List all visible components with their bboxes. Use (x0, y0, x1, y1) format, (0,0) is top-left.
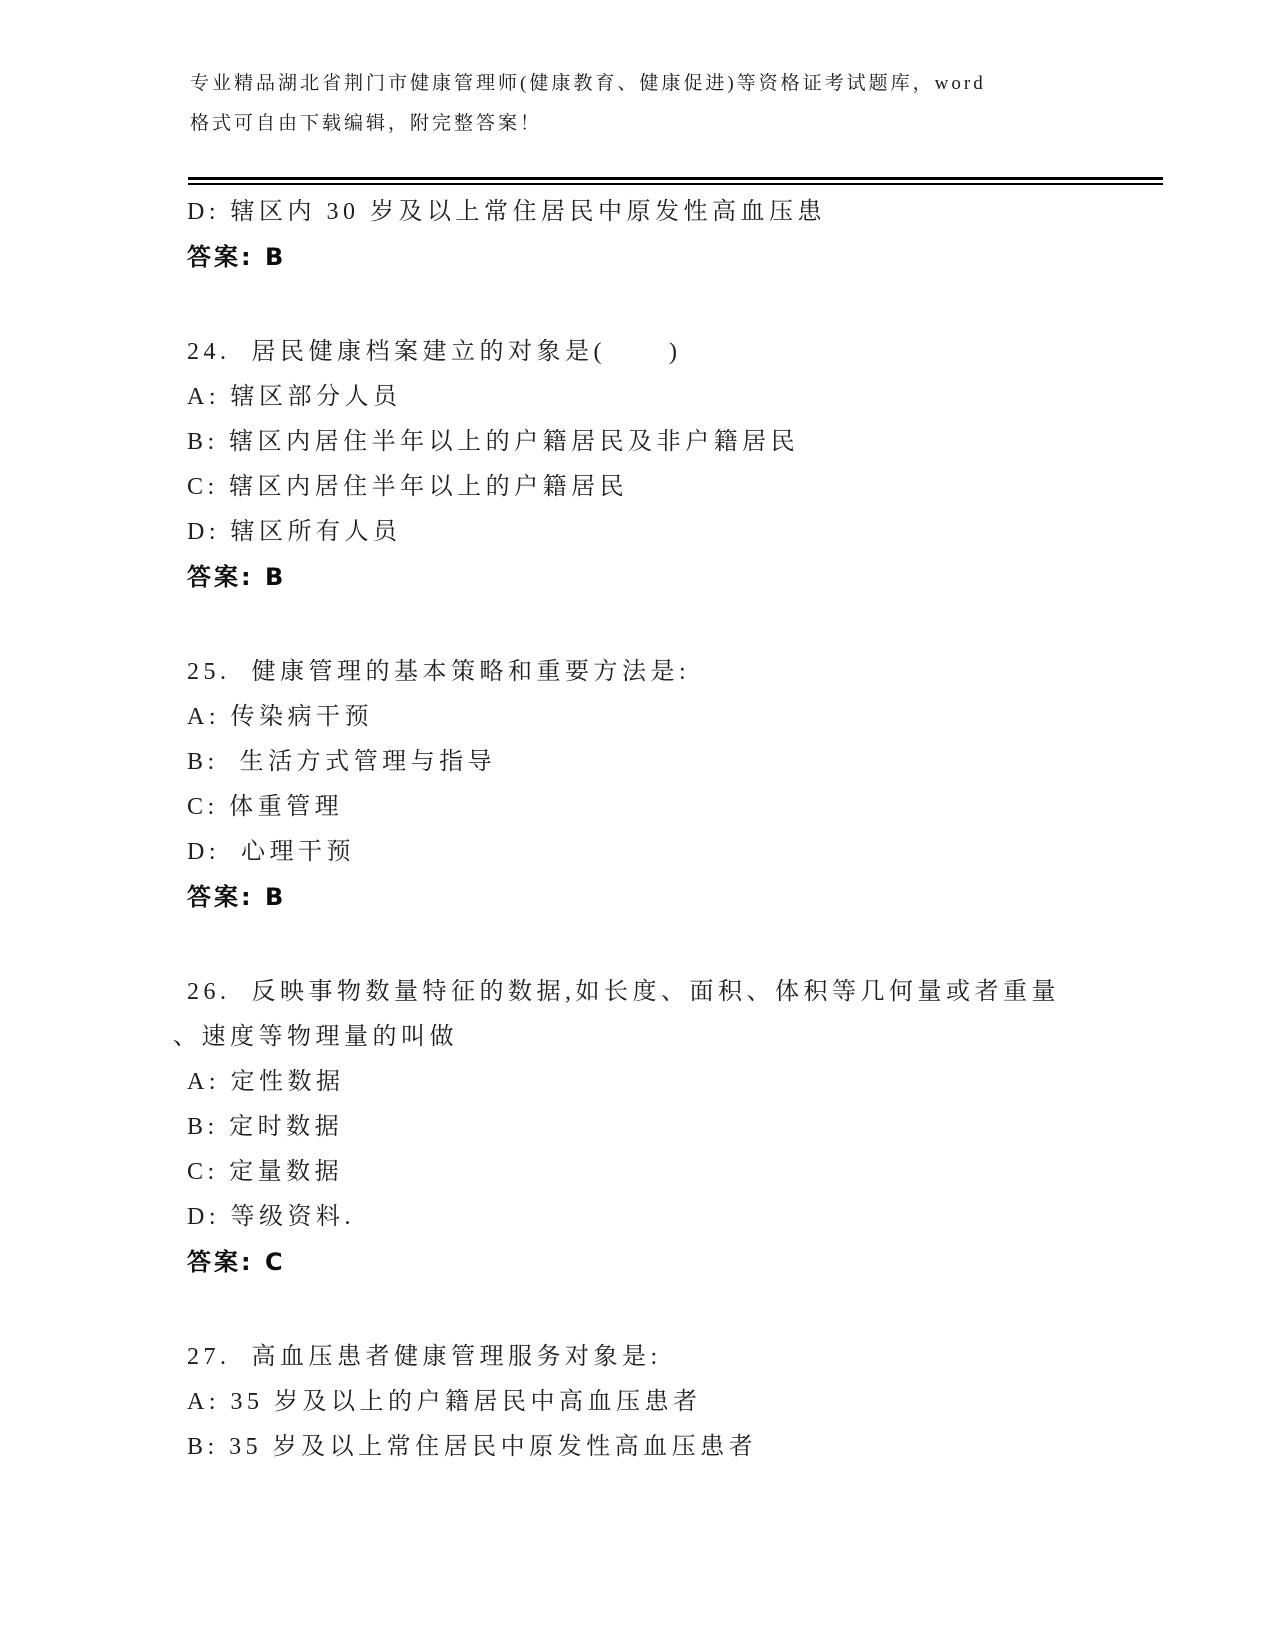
question-26: 26. 反映事物数量特征的数据,如长度、面积、体积等几何量或者重量 、速度等物理… (187, 970, 1192, 1285)
question-title-continued: 、速度等物理量的叫做 (187, 1015, 1192, 1060)
option-d: D: 辖区内 30 岁及以上常住居民中原发性高血压患 (187, 190, 1192, 235)
document-page: 专业精品湖北省荆门市健康管理师(健康教育、健康促进)等资格证考试题库，word … (0, 0, 1275, 1650)
question-title: 26. 反映事物数量特征的数据,如长度、面积、体积等几何量或者重量 (187, 970, 1192, 1015)
question-27: 27. 高血压患者健康管理服务对象是: A: 35 岁及以上的户籍居民中高血压患… (187, 1335, 1192, 1470)
option-c: C: 定量数据 (187, 1150, 1192, 1195)
answer-value: B (265, 883, 286, 911)
option-b: B: 生活方式管理与指导 (187, 740, 1192, 785)
answer-label: 答案: (187, 243, 265, 271)
option-d: D: 心理干预 (187, 830, 1192, 875)
option-c: C: 辖区内居住半年以上的户籍居民 (187, 465, 1192, 510)
answer-line: 答案: B (187, 555, 1192, 600)
header-line-1: 专业精品湖北省荆门市健康管理师(健康教育、健康促进)等资格证考试题库，word (190, 64, 1155, 104)
question-title: 27. 高血压患者健康管理服务对象是: (187, 1335, 1192, 1380)
option-d: D: 辖区所有人员 (187, 510, 1192, 555)
answer-value: B (265, 563, 286, 591)
answer-label: 答案: (187, 563, 265, 591)
option-c: C: 体重管理 (187, 785, 1192, 830)
answer-line: 答案: C (187, 1240, 1192, 1285)
option-a: A: 35 岁及以上的户籍居民中高血压患者 (187, 1380, 1192, 1425)
answer-value: B (265, 243, 286, 271)
option-b: B: 辖区内居住半年以上的户籍居民及非户籍居民 (187, 420, 1192, 465)
answer-value: C (265, 1248, 286, 1276)
answer-label: 答案: (187, 1248, 265, 1276)
option-b: B: 35 岁及以上常住居民中原发性高血压患者 (187, 1425, 1192, 1470)
option-a: A: 辖区部分人员 (187, 375, 1192, 420)
option-b: B: 定时数据 (187, 1105, 1192, 1150)
header-divider-rule (188, 177, 1163, 185)
option-d: D: 等级资料. (187, 1195, 1192, 1240)
page-header: 专业精品湖北省荆门市健康管理师(健康教育、健康促进)等资格证考试题库，word … (190, 64, 1155, 144)
answer-line: 答案: B (187, 875, 1192, 920)
answer-line: 答案: B (187, 235, 1192, 280)
answer-label: 答案: (187, 883, 265, 911)
question-title: 25. 健康管理的基本策略和重要方法是: (187, 650, 1192, 695)
question-24: 24. 居民健康档案建立的对象是( ) A: 辖区部分人员 B: 辖区内居住半年… (187, 330, 1192, 600)
question-title: 24. 居民健康档案建立的对象是( ) (187, 330, 1192, 375)
option-a: A: 定性数据 (187, 1060, 1192, 1105)
header-line-2: 格式可自由下载编辑，附完整答案！ (190, 104, 1155, 144)
option-a: A: 传染病干预 (187, 695, 1192, 740)
question-23-partial: D: 辖区内 30 岁及以上常住居民中原发性高血压患 答案: B (187, 190, 1192, 280)
question-25: 25. 健康管理的基本策略和重要方法是: A: 传染病干预 B: 生活方式管理与… (187, 650, 1192, 920)
question-list: D: 辖区内 30 岁及以上常住居民中原发性高血压患 答案: B 24. 居民健… (187, 190, 1192, 1470)
